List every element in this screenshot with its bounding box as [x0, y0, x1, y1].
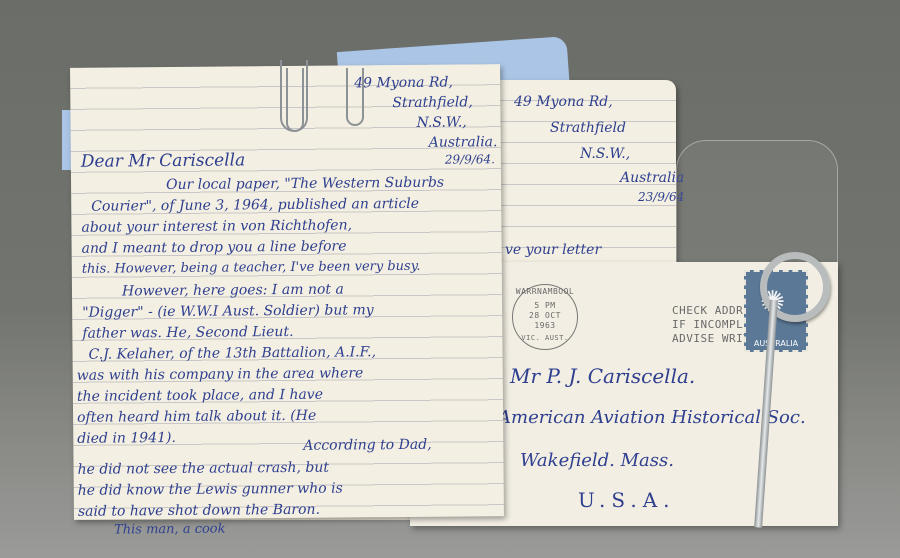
front-address-line: 49 Myona Rd, [354, 75, 453, 92]
body-line: he did know the Lewis gunner who is [78, 481, 343, 499]
letter-front: 49 Myona Rd, Strathfield, N.S.W., Austra… [70, 64, 504, 520]
body-line: However, here goes: I am not a [122, 282, 344, 300]
body-line: said to have shot down the Baron. [78, 502, 320, 520]
postmark-year: 1963 [513, 321, 577, 330]
postmark-town: WARRNAMBOOL [513, 287, 577, 296]
body-line: C.J. Kelaher, of the 13th Battalion, A.I… [88, 344, 376, 363]
recipient-country: U.S.A. [578, 488, 676, 512]
postmark: WARRNAMBOOL 5 PM 28 OCT 1963 VIC. AUST. [512, 284, 578, 350]
body-line: was with his company in the area where [77, 365, 364, 384]
front-address-line: Australia. [429, 134, 498, 151]
back-address-line: Strathfield [550, 120, 626, 136]
paper-clip-right [346, 68, 364, 126]
body-line: about your interest in von Richthofen, [81, 217, 352, 235]
body-line: Our local paper, "The Western Suburbs [166, 175, 444, 193]
body-line: he did not see the actual crash, but [77, 460, 329, 478]
salutation: Dear Mr Cariscella [81, 150, 245, 171]
postmark-state: VIC. AUST. [513, 334, 577, 342]
front-address-line: Strathfield, [392, 94, 473, 111]
postmark-time: 5 PM [513, 301, 577, 310]
body-line: This man, a cook [114, 522, 226, 538]
recipient-org: American Aviation Historical Soc. [498, 407, 806, 428]
back-address-line: Australia [620, 170, 684, 186]
letter-back: 49 Myona Rd, Strathfield N.S.W., Austral… [500, 80, 676, 270]
acrylic-stand [676, 140, 838, 272]
back-address-line: 49 Myona Rd, [514, 94, 613, 110]
stamp-label: AUSTRALIA [746, 339, 806, 348]
body-line: this. However, being a teacher, I've bee… [82, 259, 421, 277]
recipient-city: Wakefield. Mass. [520, 450, 674, 471]
paper-clip-left-inner [280, 60, 308, 132]
body-line: According to Dad, [303, 437, 431, 454]
body-line: "Digger" - (ie W.W.I Aust. Soldier) but … [82, 302, 374, 321]
front-date: 29/9/64. [445, 152, 495, 166]
postmark-date: 28 OCT [513, 311, 577, 320]
body-line: and I meant to drop you a line before [82, 238, 347, 256]
back-address-line: N.S.W., [580, 146, 630, 162]
body-line: often heard him talk about it. (He [77, 408, 316, 426]
front-address-line: N.S.W., [416, 114, 466, 130]
back-fragment: ve your letter [505, 242, 601, 258]
body-line: died in 1941). [77, 430, 176, 447]
body-line: father was. He, Second Lieut. [82, 324, 293, 342]
recipient-name: Mr P. J. Cariscella. [510, 364, 695, 388]
body-line: the incident took place, and I have [77, 387, 323, 405]
body-line: Courier", of June 3, 1964, published an … [91, 196, 419, 215]
